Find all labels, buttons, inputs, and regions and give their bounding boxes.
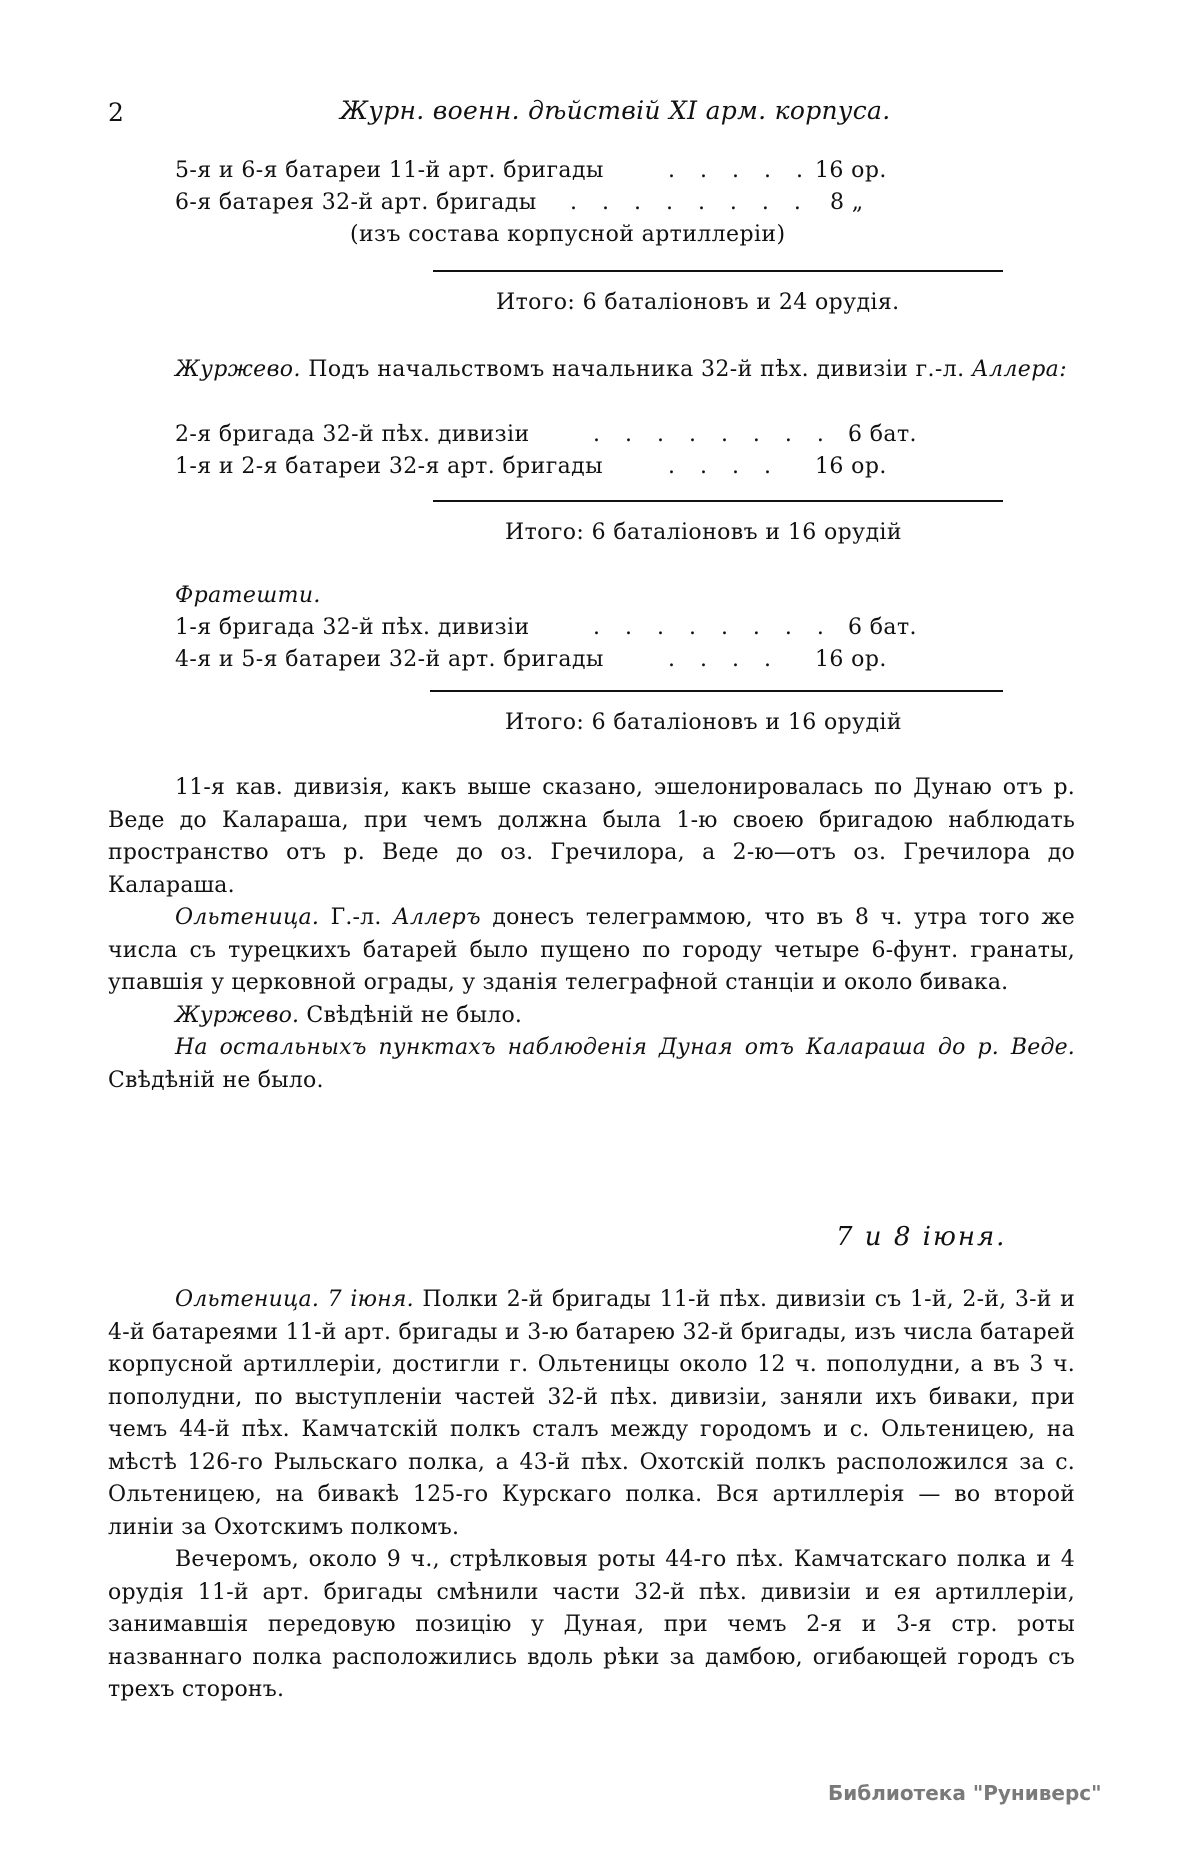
paragraph: Вечеромъ, около 9 ч., стрѣлковыя роты 44… [108, 1544, 1075, 1707]
leader-dots: . . . . . [668, 158, 812, 183]
leader-dots: . . . . [668, 454, 780, 479]
italic-lead: На остальныхъ пунктахъ наблюденія Дуная … [175, 1035, 1075, 1060]
table-row: 1-я и 2-я батареи 32-я арт. бригады . . … [175, 454, 975, 484]
table-row: 2-я бригада 32-й пѣх. дивизіи . . . . . … [175, 422, 975, 452]
library-watermark: Библиотека "Руниверс" [828, 1781, 1102, 1805]
total-line: Итого: 6 баталіоновъ и 24 орудія. [496, 290, 900, 315]
row-label: 1-я бригада 32-й пѣх. дивизіи [175, 615, 530, 640]
row-value: 8 „ [830, 190, 864, 215]
place-name: Ольтеница. [175, 905, 319, 930]
row-value: 16 ор. [815, 647, 887, 672]
place-name: Журжево. [175, 1003, 299, 1028]
leader-dots: . . . . [668, 647, 780, 672]
heading-text: Подъ начальствомъ начальника 32-й пѣх. д… [308, 357, 964, 382]
body-text: Ольтеница. 7 іюня. Полки 2-й бригады 11-… [108, 1284, 1075, 1707]
row-value: 6 бат. [848, 615, 917, 640]
place-date: Ольтеница. 7 іюня. [175, 1287, 414, 1312]
leader-dots: . . . . . . . . . [593, 422, 865, 447]
place-name: Журжево. [175, 357, 301, 382]
row-label: 6-я батарея 32-й арт. бригады [175, 190, 537, 215]
divider-rule [430, 690, 1003, 692]
total-line: Итого: 6 баталіоновъ и 16 орудій [505, 710, 902, 735]
leader-dots: . . . . . . . . [570, 190, 810, 215]
row-label: 2-я бригада 32-й пѣх. дивизіи [175, 422, 530, 447]
page-number: 2 [108, 98, 124, 127]
table-row: 6-я батарея 32-й арт. бригады . . . . . … [175, 190, 975, 220]
table-row: 4-я и 5-я батареи 32-й арт. бригады . . … [175, 647, 975, 677]
row-label: 1-я и 2-я батареи 32-я арт. бригады [175, 454, 603, 479]
leader-dots: . . . . . . . . [593, 615, 833, 640]
commander-name: Аллера: [972, 357, 1067, 382]
paragraph: На остальныхъ пунктахъ наблюденія Дуная … [108, 1032, 1075, 1097]
paragraph: Ольтеница. 7 іюня. Полки 2-й бригады 11-… [108, 1284, 1075, 1544]
paragraph: 11-я кав. дивизія, какъ выше сказано, эш… [108, 772, 1075, 902]
running-title: Журн. военн. дѣйствій XI арм. корпуса. [340, 96, 890, 125]
section-heading: Фратешти. [175, 583, 321, 608]
source-note: (изъ состава корпусной артиллеріи) [350, 222, 785, 247]
row-value: 6 бат. [848, 422, 917, 447]
date-heading: 7 и 8 іюня. [836, 1222, 1006, 1252]
row-label: 4-я и 5-я батареи 32-й арт. бригады [175, 647, 604, 672]
paragraph: Журжево. Свѣдѣній не было. [108, 1000, 1075, 1033]
row-value: 16 ор. [815, 158, 887, 183]
table-row: 1-я бригада 32-й пѣх. дивизіи . . . . . … [175, 615, 975, 645]
row-label: 5-я и 6-я батареи 11-й арт. бригады [175, 158, 604, 183]
divider-rule [433, 500, 1003, 502]
paragraph: Ольтеница. Г.-л. Аллеръ донесъ телеграмм… [108, 902, 1075, 1000]
table-row: 5-я и 6-я батареи 11-й арт. бригады . . … [175, 158, 975, 188]
row-value: 16 ор. [815, 454, 887, 479]
person-name: Аллеръ [393, 905, 481, 930]
body-text: 11-я кав. дивизія, какъ выше сказано, эш… [108, 772, 1075, 1097]
divider-rule [433, 270, 1003, 272]
section-heading: Журжево. Подъ начальствомъ начальника 32… [175, 357, 1067, 382]
total-line: Итого: 6 баталіоновъ и 16 орудій [505, 520, 902, 545]
